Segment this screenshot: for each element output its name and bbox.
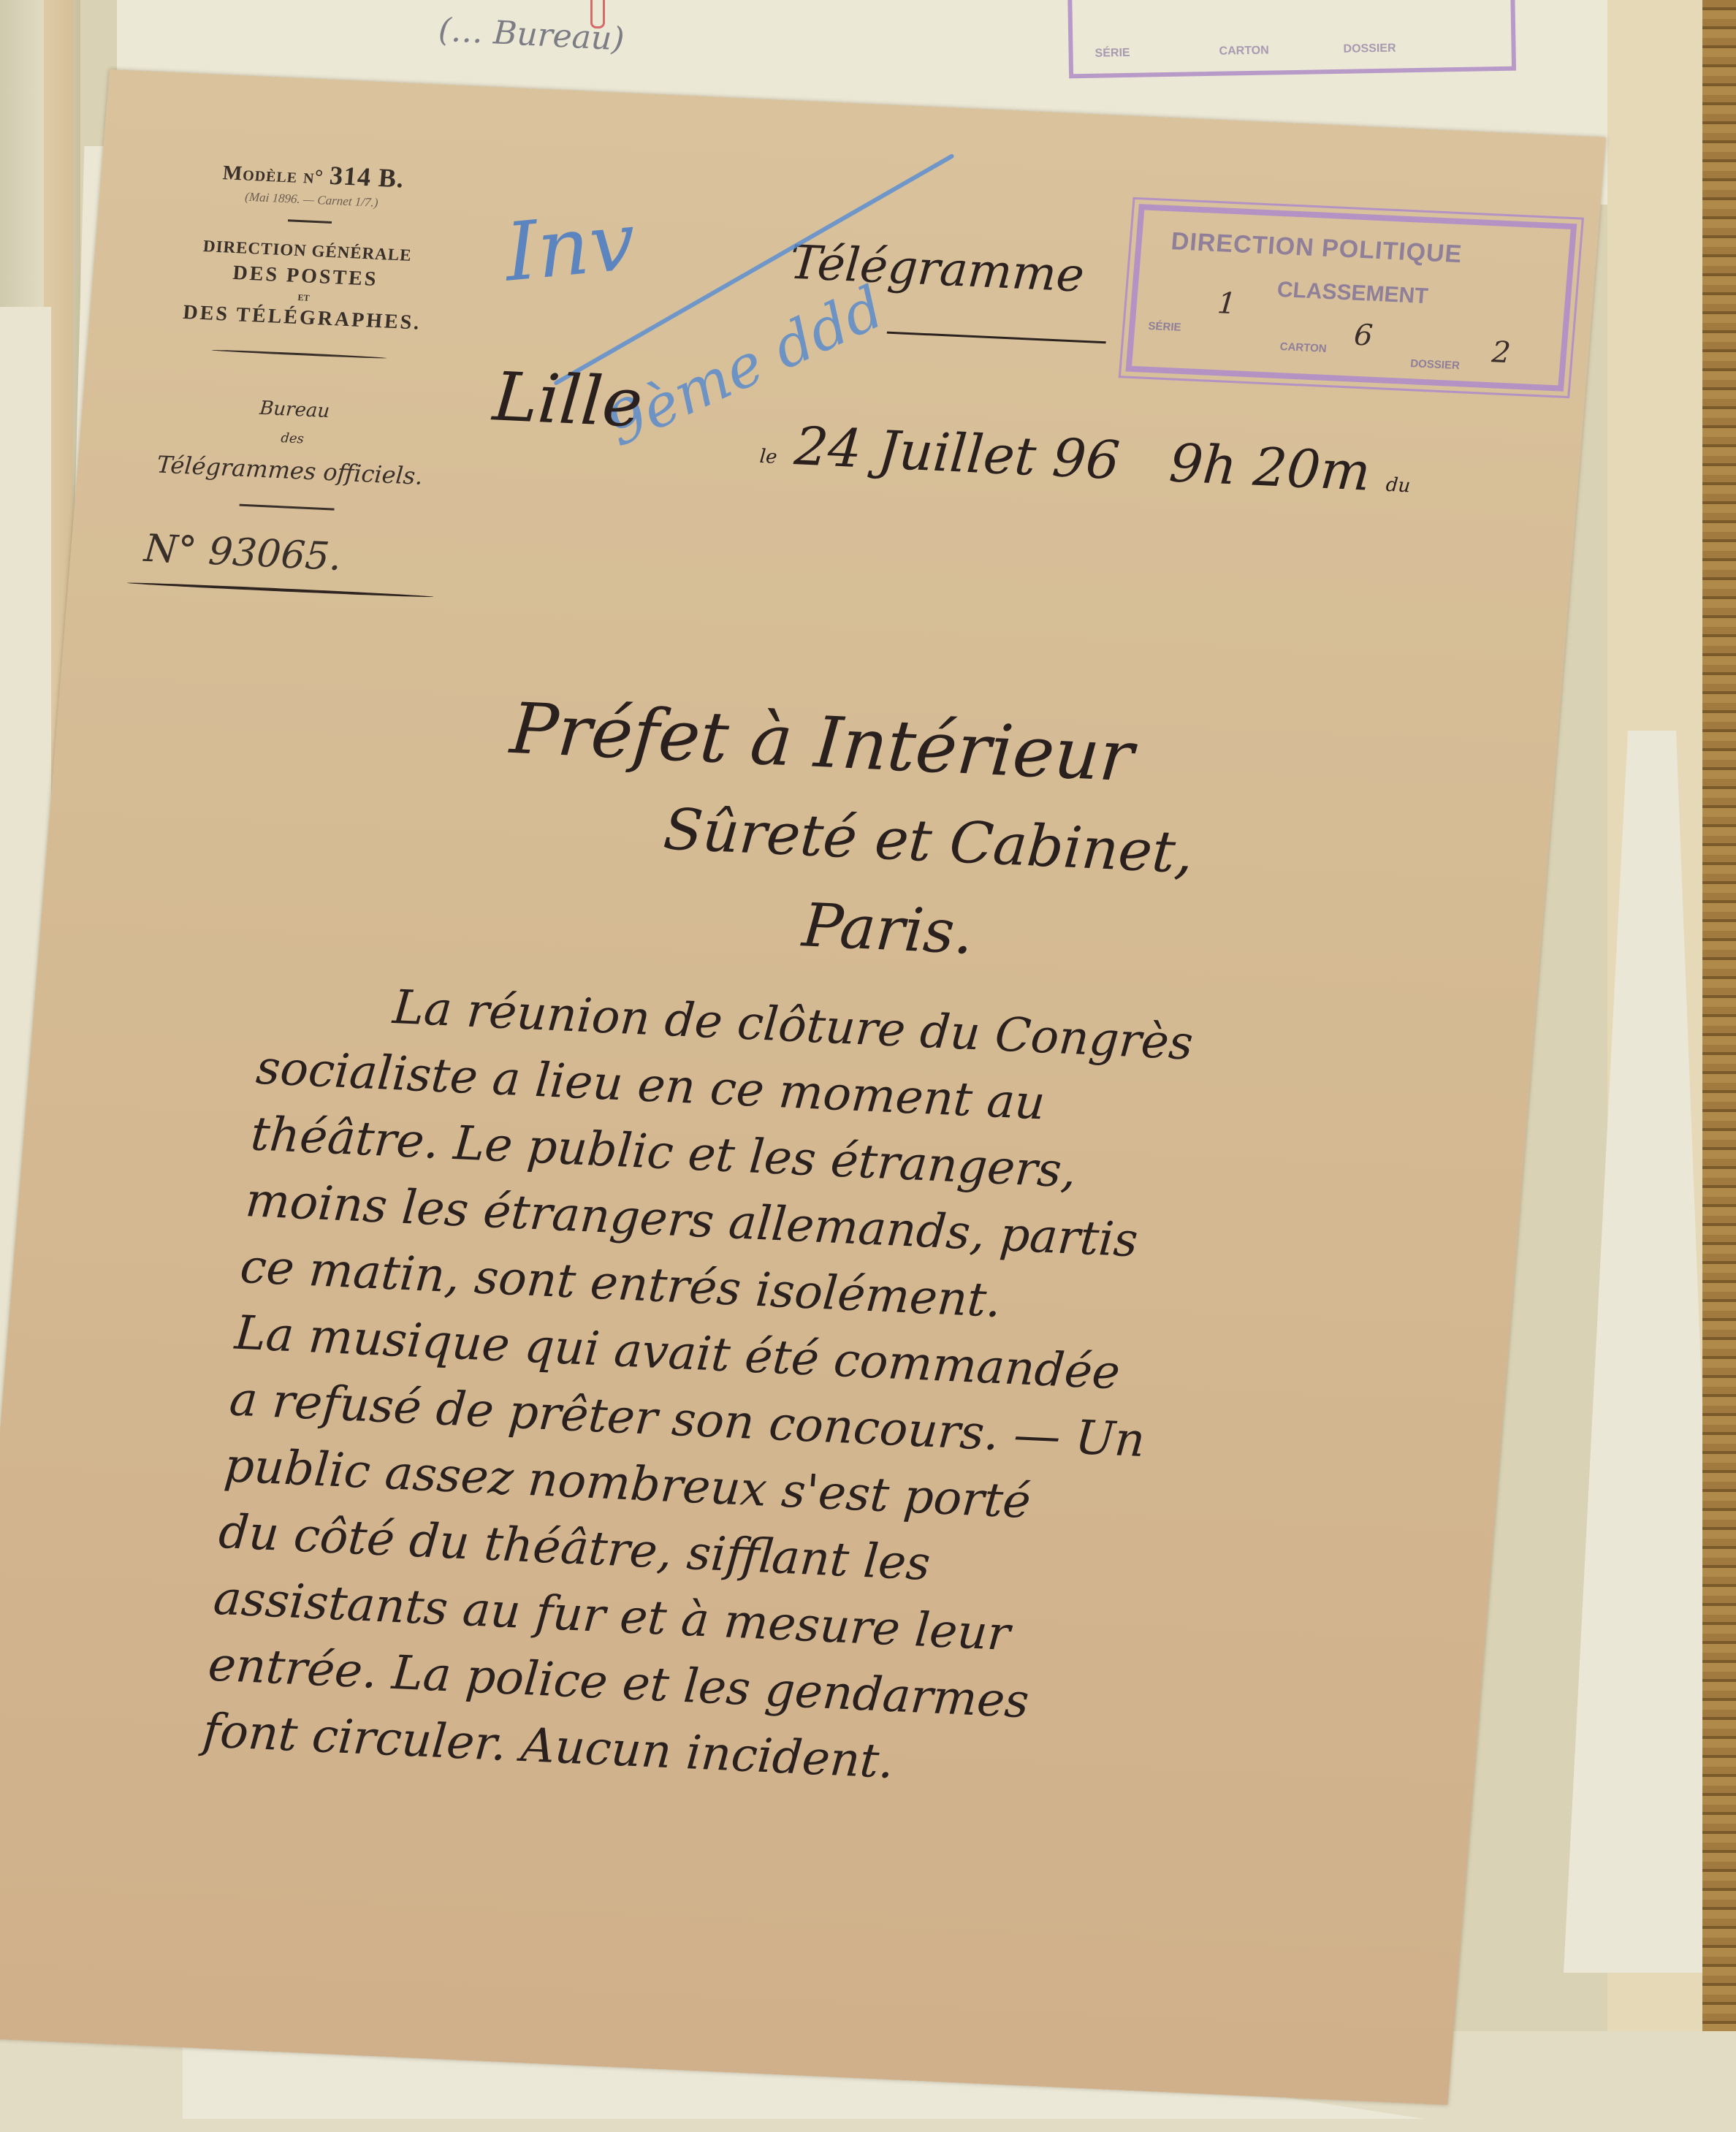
origin-date: le 24 Juillet 96 9h 20m du: [758, 414, 1414, 504]
time-value: 9h 20m: [1167, 432, 1372, 502]
stamp-label: CARTON: [1219, 45, 1268, 58]
divider: [240, 504, 335, 511]
divider: [127, 582, 434, 598]
message-body: La réunion de clôture du Congrès sociali…: [200, 969, 1520, 1821]
stamp-field-label: CARTON: [1279, 340, 1327, 355]
classement-stamp: DIRECTION POLITIQUE CLASSEMENT SÉRIE 1 C…: [1125, 204, 1577, 392]
recipient-city: Paris.: [800, 891, 976, 967]
stamp-field-label: DOSSIER: [1410, 357, 1461, 372]
telegram-sheet: Modèle n° 314 B. (Mai 1896. — Carnet 1/7…: [0, 69, 1606, 2105]
date-value: 24 Juillet 96: [792, 415, 1122, 491]
stamp-field-value: 2: [1491, 335, 1512, 370]
background-classement-stamp: SÉRIE CARTON DOSSIER: [1067, 0, 1516, 78]
bureau-label-des: des: [138, 424, 446, 453]
origin-place: Lille: [490, 357, 645, 442]
stamp-field-value: 6: [1352, 319, 1374, 353]
stamp-field-value: 1: [1216, 286, 1237, 321]
form-header: Modèle n° 314 B. (Mai 1896. — Carnet 1/7…: [127, 152, 468, 598]
telegram-number: N° 93065.: [128, 526, 438, 584]
bureau-label: Bureau: [140, 392, 449, 427]
wooden-table-edge: [1702, 0, 1736, 2132]
stamp-label: SÉRIE: [1094, 47, 1130, 61]
divider-flourish: [211, 349, 387, 359]
stamp-title: DIRECTION POLITIQUE: [1170, 227, 1463, 269]
stamp-field-label: SÉRIE: [1148, 320, 1181, 334]
divider: [288, 219, 332, 224]
recipient-line: Sûreté et Cabinet,: [661, 797, 1196, 887]
title-underline: [887, 332, 1106, 344]
blue-pencil-annotation: Inv: [503, 194, 637, 300]
bureau-name: Télégrammes officiels.: [135, 449, 444, 491]
recipient-line: Préfet à Intérieur: [508, 688, 1137, 797]
stamp-label: DOSSIER: [1343, 42, 1396, 56]
stamp-subtitle: CLASSEMENT: [1276, 278, 1429, 309]
